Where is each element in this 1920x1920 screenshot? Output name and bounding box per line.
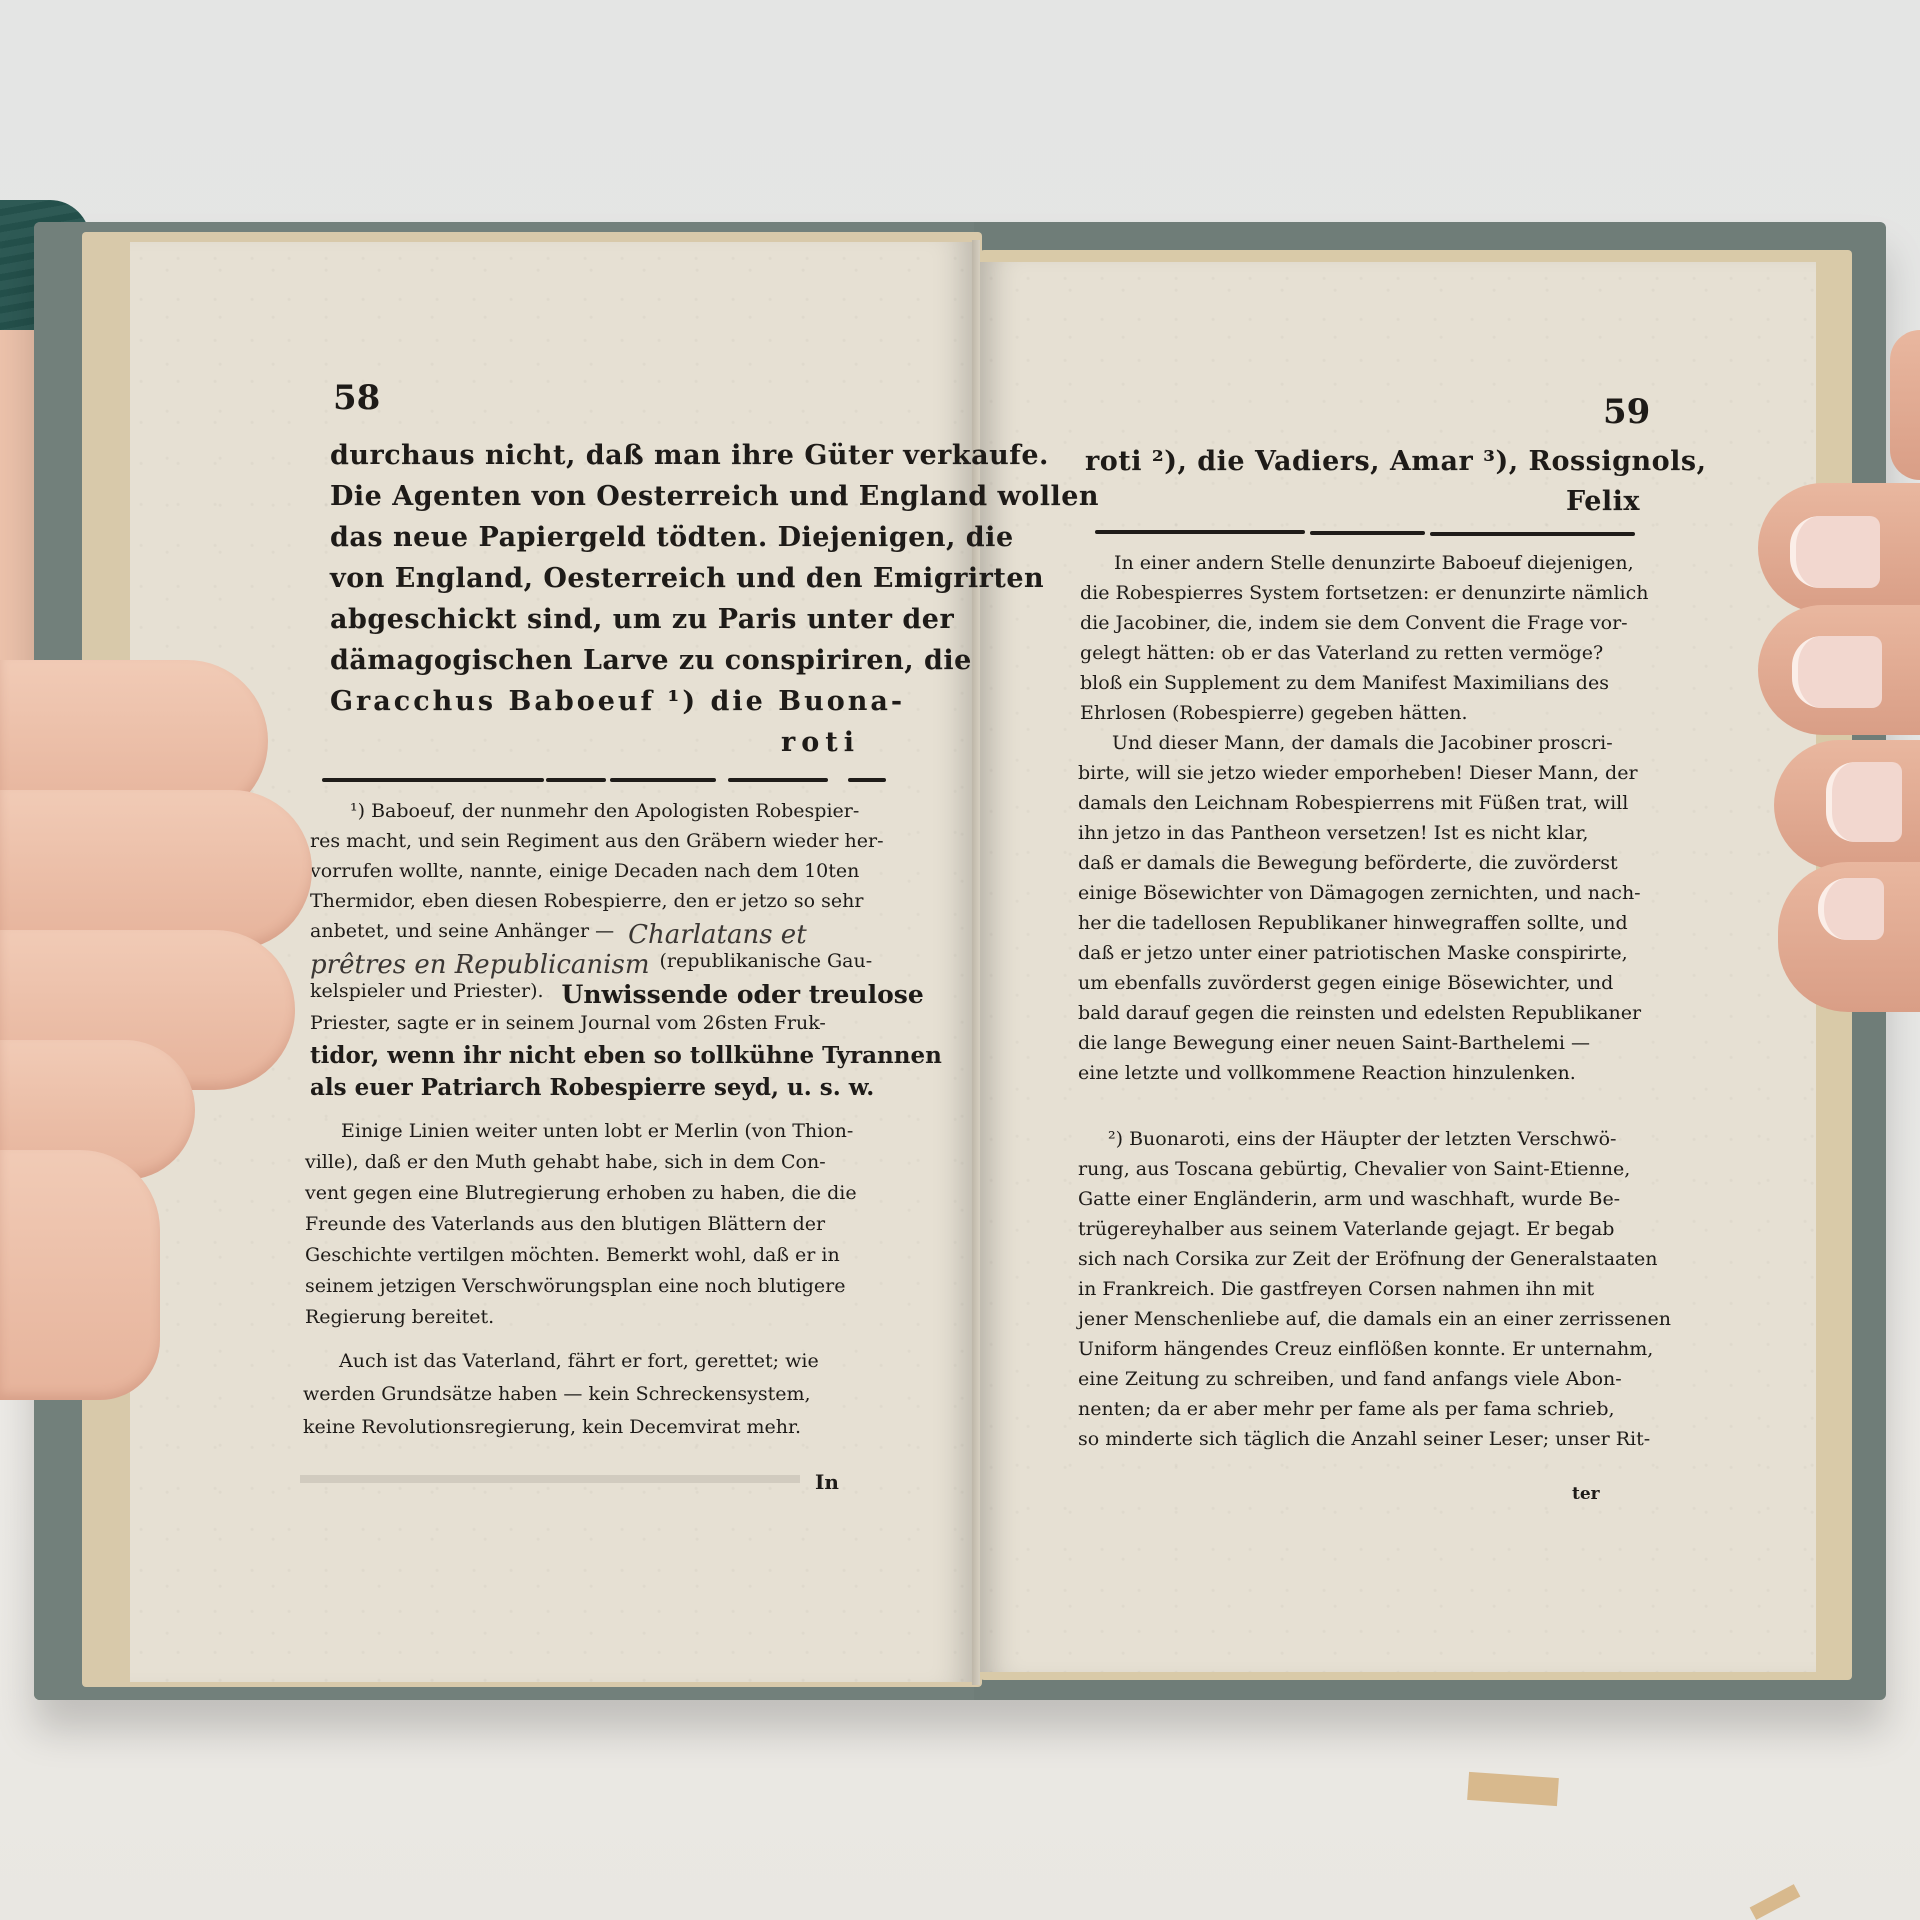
- text-line: seinem jetzigen Verschwörungsplan eine n…: [305, 1275, 890, 1306]
- text-line: her die tadellosen Republikaner hinwegra…: [1078, 912, 1635, 942]
- text-line: einige Bösewichter von Dämagogen zernich…: [1078, 882, 1635, 912]
- fingernail: [1826, 762, 1902, 842]
- text-line: ihn jetzo in das Pantheon versetzen! Ist…: [1078, 822, 1635, 852]
- footnote-2: ²) Buonaroti, eins der Häupter der letzt…: [1078, 1128, 1635, 1458]
- text-line: Thermidor, eben diesen Robespierre, den …: [310, 890, 890, 920]
- right-paragraph-2: Und dieser Mann, der damals die Jacobine…: [1078, 732, 1635, 1092]
- text-line: Freunde des Vaterlands aus den blutigen …: [305, 1213, 890, 1244]
- fingernail: [1818, 878, 1884, 940]
- footnote-rule: [1095, 530, 1305, 534]
- text-line: In einer andern Stelle denunzirte Baboeu…: [1080, 552, 1635, 582]
- text-line: ville), daß er den Muth gehabt habe, sic…: [305, 1151, 890, 1182]
- text-span: (republikanische Gau-: [659, 950, 872, 980]
- text-line: von England, Oesterreich und den Emigrir…: [330, 563, 890, 604]
- text-line: so minderte sich täglich die Anzahl sein…: [1078, 1428, 1635, 1458]
- text-line: bald darauf gegen die reinsten und edels…: [1078, 1002, 1635, 1032]
- text-span: Unwissende oder treulose: [562, 980, 924, 1012]
- text-line: dämagogischen Larve zu conspiriren, die: [330, 645, 890, 686]
- text-line: kelspieler und Priester). Unwissende ode…: [310, 980, 890, 1012]
- fingernail: [1792, 636, 1882, 708]
- text-line: daß er jetzo unter einer patriotischen M…: [1078, 942, 1635, 972]
- text-line: Auch ist das Vaterland, fährt er fort, g…: [303, 1350, 888, 1383]
- left-paragraph-2: Einige Linien weiter unten lobt er Merli…: [305, 1120, 890, 1337]
- footnote-rule: [668, 778, 714, 782]
- text-line: roti ²), die Vadiers, Amar ³), Rossignol…: [1085, 446, 1640, 486]
- text-span: anbetet, und seine Anhänger —: [310, 920, 614, 950]
- text-line: keine Revolutionsregierung, kein Decemvi…: [303, 1416, 888, 1449]
- catchword-right: ter: [1572, 1484, 1600, 1504]
- italic-french-phrase: prêtres en Republicanism: [310, 950, 649, 980]
- text-line: anbetet, und seine Anhänger — Charlatans…: [310, 920, 890, 950]
- text-line: vent gegen eine Blutregierung erhoben zu…: [305, 1182, 890, 1213]
- text-line: Felix: [1085, 486, 1640, 526]
- text-line: roti: [330, 727, 890, 768]
- footnote-rule: [728, 778, 828, 782]
- left-paragraph-3: Auch ist das Vaterland, fährt er fort, g…: [303, 1350, 888, 1449]
- text-span: kelspieler und Priester).: [310, 980, 544, 1012]
- text-line: Regierung bereitet.: [305, 1306, 890, 1337]
- footnote-rule: [1310, 531, 1425, 535]
- italic-french-phrase: Charlatans et: [628, 920, 807, 950]
- text-line: eine letzte und vollkommene Reaction hin…: [1078, 1062, 1635, 1092]
- text-line: tidor, wenn ihr nicht eben so tollkühne …: [310, 1042, 890, 1074]
- text-line: vorrufen wollte, nannte, einige Decaden …: [310, 860, 890, 890]
- page-number-left: 58: [333, 378, 380, 418]
- text-line: Gracchus Baboeuf ¹) die Buona-: [330, 686, 890, 727]
- text-line: um ebenfalls zuvörderst gegen einige Bös…: [1078, 972, 1635, 1002]
- right-hand-finger: [1890, 330, 1920, 480]
- text-line: abgeschickt sind, um zu Paris unter der: [330, 604, 890, 645]
- text-line: Geschichte vertilgen möchten. Bemerkt wo…: [305, 1244, 890, 1275]
- text-line: die lange Bewegung einer neuen Saint-Bar…: [1078, 1032, 1635, 1062]
- text-line: werden Grundsätze haben — kein Schrecken…: [303, 1383, 888, 1416]
- text-line: ²) Buonaroti, eins der Häupter der letzt…: [1078, 1128, 1635, 1158]
- right-body-text: roti ²), die Vadiers, Amar ³), Rossignol…: [1085, 446, 1640, 526]
- text-line: birte, will sie jetzo wieder emporheben!…: [1078, 762, 1635, 792]
- text-line: ¹) Baboeuf, der nunmehr den Apologisten …: [310, 800, 890, 830]
- text-line: rung, aus Toscana gebürtig, Chevalier vo…: [1078, 1158, 1635, 1188]
- text-line: prêtres en Republicanism (republikanisch…: [310, 950, 890, 980]
- text-line: als euer Patriarch Robespierre seyd, u. …: [310, 1074, 890, 1106]
- wood-shaving: [1750, 1884, 1801, 1920]
- text-line: jener Menschenliebe auf, die damals ein …: [1078, 1308, 1635, 1338]
- text-line: das neue Papiergeld tödten. Diejenigen, …: [330, 522, 890, 563]
- left-body-text: durchaus nicht, daß man ihre Güter verka…: [330, 440, 890, 768]
- text-line: Gatte einer Engländerin, arm und waschha…: [1078, 1188, 1635, 1218]
- text-line: sich nach Corsika zur Zeit der Eröfnung …: [1078, 1248, 1635, 1278]
- text-line: gelegt hätten: ob er das Vaterland zu re…: [1080, 642, 1635, 672]
- text-line: trügereyhalber aus seinem Vaterlande gej…: [1078, 1218, 1635, 1248]
- footnote-rule: [848, 778, 886, 782]
- left-hand-palm: [0, 1150, 160, 1400]
- catchword-left: In: [815, 1470, 839, 1494]
- text-line: bloß ein Supplement zu dem Manifest Maxi…: [1080, 672, 1635, 702]
- text-line: daß er damals die Bewegung beförderte, d…: [1078, 852, 1635, 882]
- text-line: eine Zeitung zu schreiben, und fand anfa…: [1078, 1368, 1635, 1398]
- left-hand-finger: [0, 790, 312, 950]
- fingernail: [1790, 516, 1880, 588]
- text-line: nenten; da er aber mehr per fame als per…: [1078, 1398, 1635, 1428]
- right-paragraph-1: In einer andern Stelle denunzirte Baboeu…: [1080, 552, 1635, 732]
- text-line: Die Agenten von Oesterreich und England …: [330, 481, 890, 522]
- text-line: die Jacobiner, die, indem sie dem Conven…: [1080, 612, 1635, 642]
- wood-shaving: [1467, 1772, 1559, 1806]
- text-line: res macht, und sein Regiment aus den Grä…: [310, 830, 890, 860]
- page-number-right: 59: [1603, 392, 1650, 432]
- text-line: damals den Leichnam Robespierrens mit Fü…: [1078, 792, 1635, 822]
- text-line: die Robespierres System fortsetzen: er d…: [1080, 582, 1635, 612]
- text-line: Ehrlosen (Robespierre) gegeben hätten.: [1080, 702, 1635, 732]
- text-line: in Frankreich. Die gastfreyen Corsen nah…: [1078, 1278, 1635, 1308]
- footnote-rule: [546, 778, 606, 782]
- text-line: durchaus nicht, daß man ihre Güter verka…: [330, 440, 890, 481]
- footnote-rule: [1430, 532, 1635, 536]
- footnote-rule: [322, 778, 544, 782]
- text-line: Einige Linien weiter unten lobt er Merli…: [305, 1120, 890, 1151]
- text-line: Und dieser Mann, der damals die Jacobine…: [1078, 732, 1635, 762]
- text-line: Uniform hängendes Creuz einflößen konnte…: [1078, 1338, 1635, 1368]
- text-line: Priester, sagte er in seinem Journal vom…: [310, 1012, 890, 1042]
- bleed-through-text: [300, 1475, 800, 1507]
- footnote-1: ¹) Baboeuf, der nunmehr den Apologisten …: [310, 800, 890, 1106]
